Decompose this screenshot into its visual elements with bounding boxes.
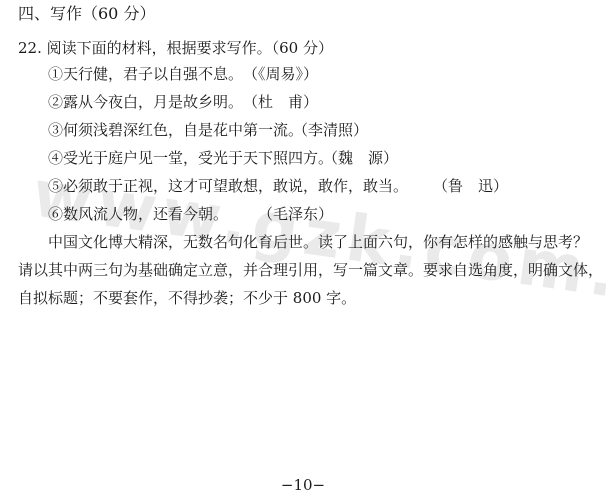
quote-3-text: ③何须浅碧深红色，自是花中第一流。 — [48, 120, 303, 140]
instruction-line-2: 请以其中两三句为基础确定立意，并合理引用，写一篇文章。要求自选角度，明确文体， — [18, 260, 603, 280]
quote-5-source: （鲁 迅） — [433, 176, 508, 196]
quote-1-source: （《周易》） — [243, 64, 318, 84]
exam-page: www.gzk.com.cn 四、写作（60 分） 22. 阅读下面的材料，根据… — [0, 0, 606, 499]
quote-4-source: （魏 源） — [323, 148, 398, 168]
quote-1-text: ①天行健，君子以自强不息。 — [48, 64, 243, 84]
quote-4-text: ④受光于庭户见一堂，受光于天下照四方。 — [48, 148, 333, 168]
quote-6-text: ⑥数风流人物，还看今朝。 — [48, 204, 228, 224]
instruction-line-3: 自拟标题；不要套作，不得抄袭；不少于 800 字。 — [18, 288, 356, 308]
page-number: −10− — [0, 476, 606, 494]
quote-3-source: （李清照） — [293, 120, 368, 140]
section-title: 四、写作（60 分） — [18, 4, 155, 24]
quote-2-text: ②露从今夜白，月是故乡明。 — [48, 92, 243, 112]
question-number: 22. — [18, 39, 42, 57]
quote-6-source: （毛泽东） — [258, 204, 333, 224]
quote-5-text: ⑤必须敢于正视，这才可望敢想，敢说，敢作，敢当。 — [48, 176, 408, 196]
question-header: 22. 阅读下面的材料，根据要求写作。（60 分） — [18, 38, 333, 58]
quote-2-source: （杜 甫） — [243, 92, 318, 112]
question-prompt: 阅读下面的材料，根据要求写作。（60 分） — [47, 39, 333, 57]
instruction-line-1: 中国文化博大精深，无数名句化育后世。读了上面六句，你有怎样的感触与思考？ — [48, 232, 588, 252]
